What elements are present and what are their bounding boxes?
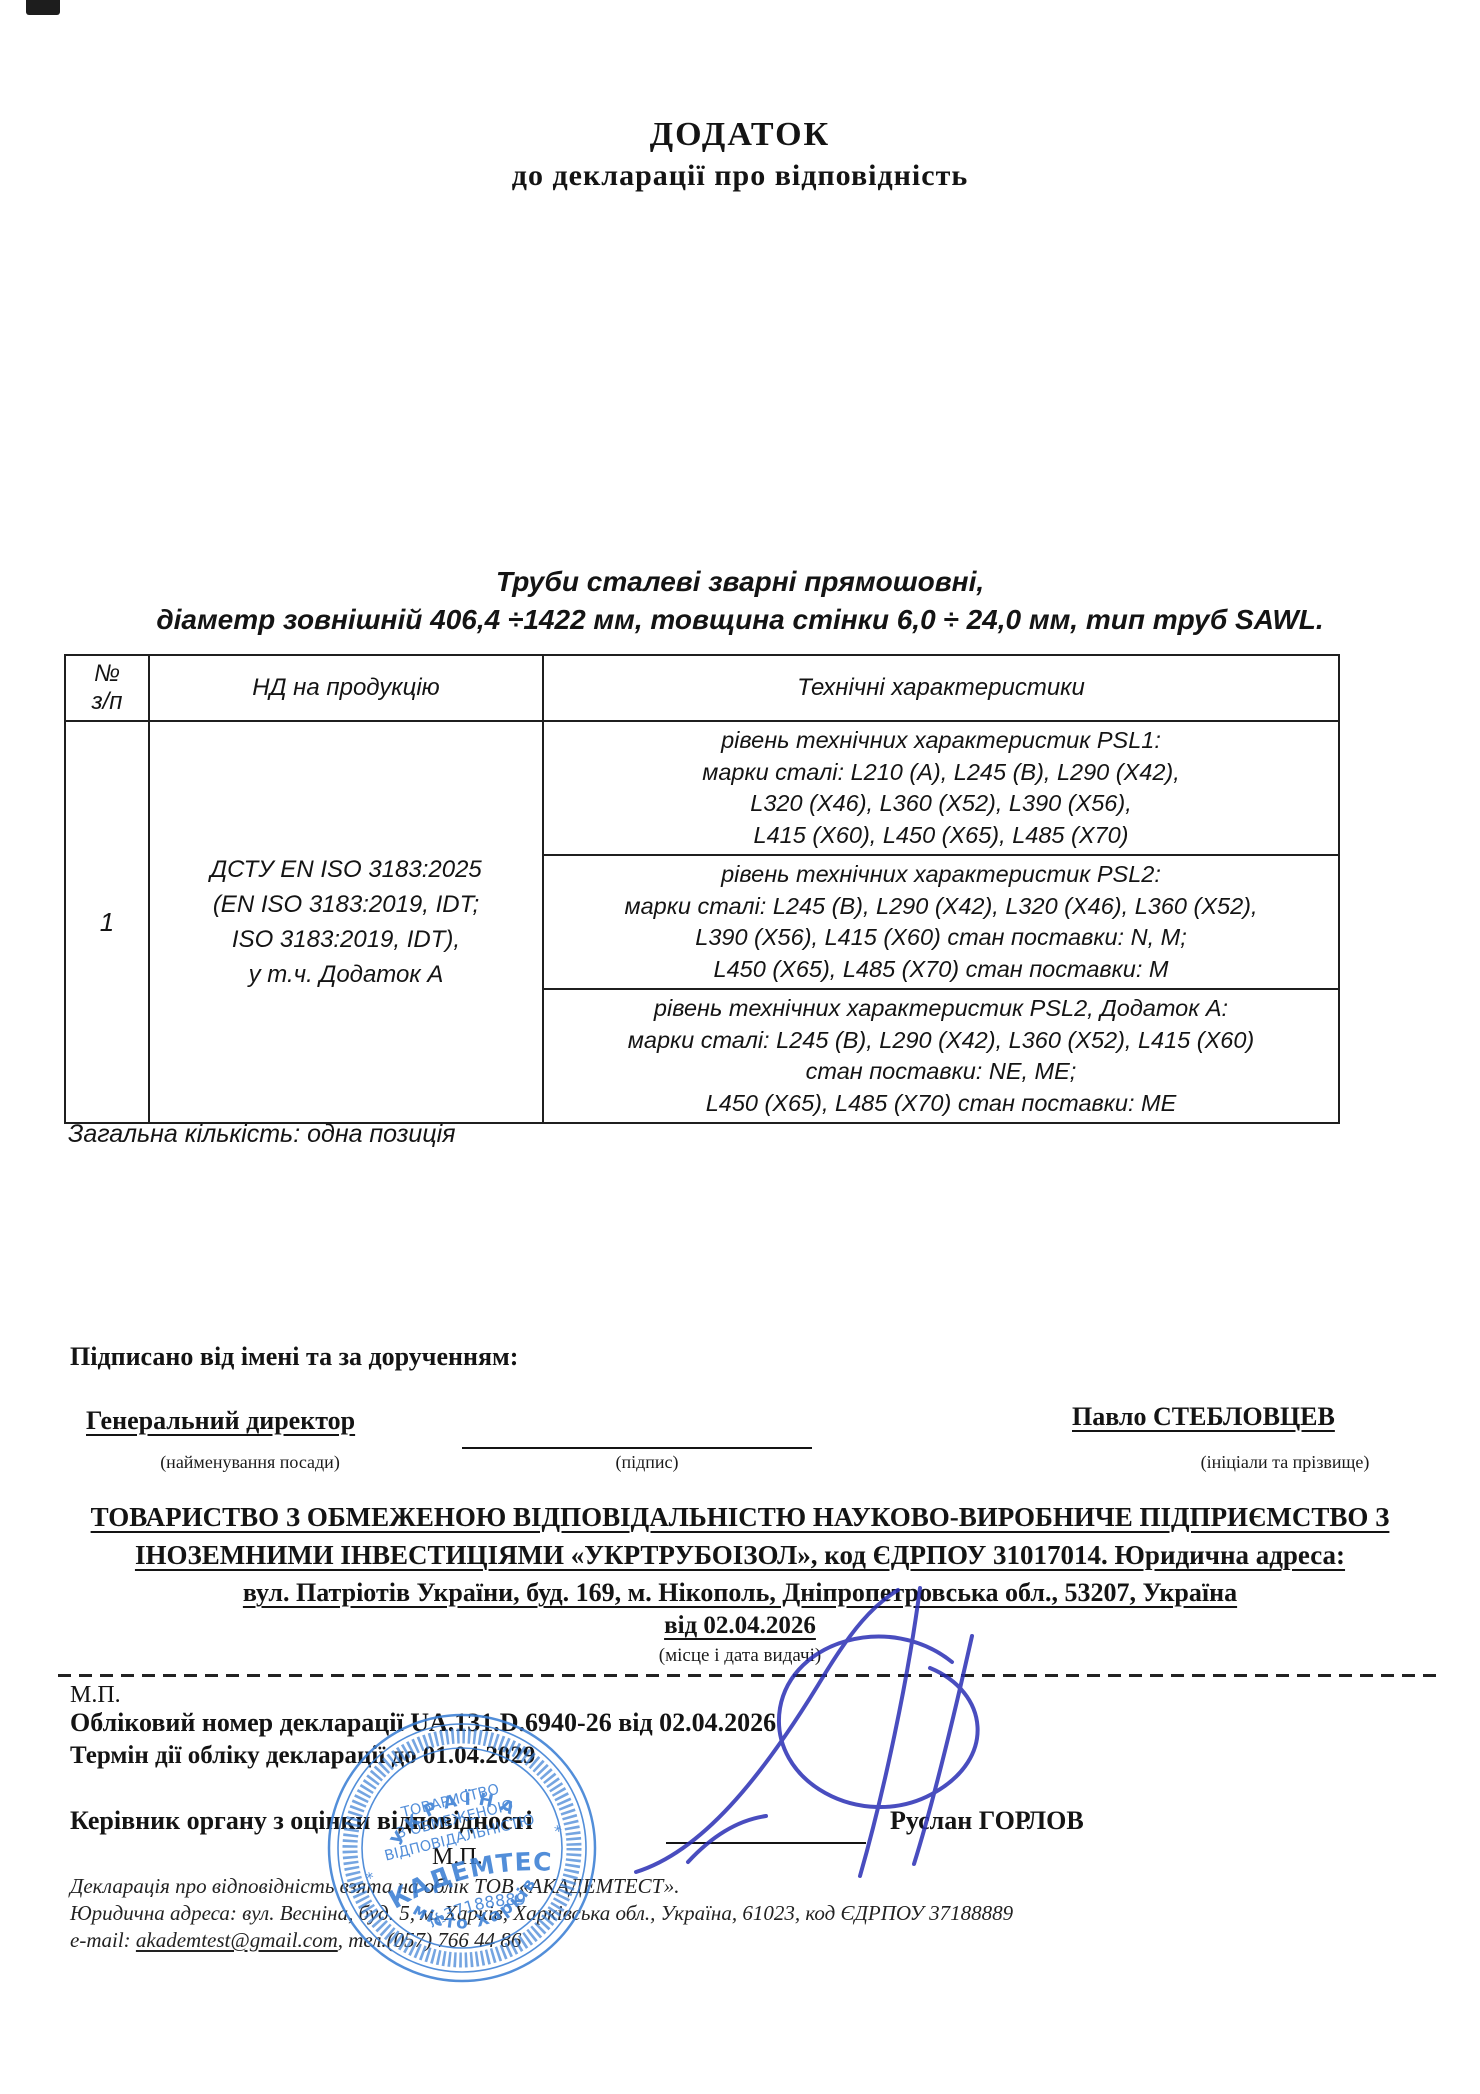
signature-stroke-tick <box>688 1816 766 1862</box>
tech-cell-psl2: рівень технічних характеристик PSL2: мар… <box>544 856 1338 990</box>
product-name-line2: діаметр зовнішній 406,4 ÷1422 мм, товщин… <box>0 604 1480 636</box>
doc-title: ДОДАТОК <box>0 116 1480 154</box>
nd-standard-cell: ДСТУ EN ISO 3183:2025 (EN ISO 3183:2019,… <box>150 722 544 1122</box>
issue-place-caption: (місце і дата видачі) <box>0 1645 1480 1667</box>
stamp-star-right: * <box>553 1821 565 1840</box>
total-quantity-line: Загальна кількість: одна позиція <box>68 1120 456 1149</box>
signed-on-behalf-heading: Підписано від імені та за дорученням: <box>70 1342 518 1372</box>
position-caption: (найменування посади) <box>110 1452 390 1473</box>
email-prefix: e-mail: <box>70 1928 136 1952</box>
cab-head-name: Руслан ГОРЛОВ <box>890 1806 1084 1836</box>
spec-table-row: 1 ДСТУ EN ISO 3183:2025 (EN ISO 3183:201… <box>66 722 1338 1122</box>
tech-cells-group: рівень технічних характеристик PSL1: мар… <box>544 722 1338 1122</box>
col-header-nd: НД на продукцію <box>150 656 544 720</box>
cab-head-signature-line <box>666 1842 866 1844</box>
stamp-placeholder-mp-1: М.П. <box>70 1682 121 1709</box>
col-header-num: № з/п <box>66 656 150 720</box>
signer-name: Павло СТЕБЛОВЦЕВ <box>1072 1402 1335 1432</box>
stamp-outer-circle <box>329 1715 595 1981</box>
dashed-separator <box>58 1674 1442 1677</box>
stamp-star-left: * <box>364 1868 376 1887</box>
company-address-line: вул. Патріотів України, буд. 169, м. Нік… <box>0 1578 1480 1608</box>
spec-table-header-row: № з/п НД на продукцію Технічні характери… <box>66 656 1338 722</box>
document-page: ДОДАТОК до декларації про відповідність … <box>0 0 1480 2094</box>
product-name-line1: Труби сталеві зварні прямошовні, <box>0 566 1480 598</box>
signer-caption: (ініціали та прізвище) <box>1140 1452 1430 1473</box>
issue-date-line: від 02.04.2026 <box>0 1612 1480 1640</box>
company-line1: ТОВАРИСТВО З ОБМЕЖЕНОЮ ВІДПОВІДАЛЬНІСТЮ … <box>0 1502 1480 1533</box>
scan-corner-mark <box>26 0 60 15</box>
tech-cell-psl2-annex-a: рівень технічних характеристик PSL2, Дод… <box>544 990 1338 1122</box>
signature-line <box>462 1447 812 1449</box>
signer-position: Генеральний директор <box>86 1406 355 1436</box>
company-line2: ІНОЗЕМНИМИ ІНВЕСТИЦІЯМИ «УКРТРУБОІЗОЛ», … <box>0 1540 1480 1571</box>
spec-table: № з/п НД на продукцію Технічні характери… <box>64 654 1340 1124</box>
round-stamp: УКРАЇНА ТОВАРИСТВО З ОБМЕЖЕНОЮ ВІДПОВІДА… <box>322 1708 602 1988</box>
doc-subtitle: до декларації про відповідність <box>0 159 1480 193</box>
tech-cell-psl1: рівень технічних характеристик PSL1: мар… <box>544 722 1338 856</box>
col-header-tech: Технічні характеристики <box>544 656 1338 720</box>
registrar-email: akademtest@gmail.com <box>136 1928 338 1952</box>
signature-caption: (підпис) <box>552 1452 742 1473</box>
row-number-cell: 1 <box>66 722 150 1122</box>
